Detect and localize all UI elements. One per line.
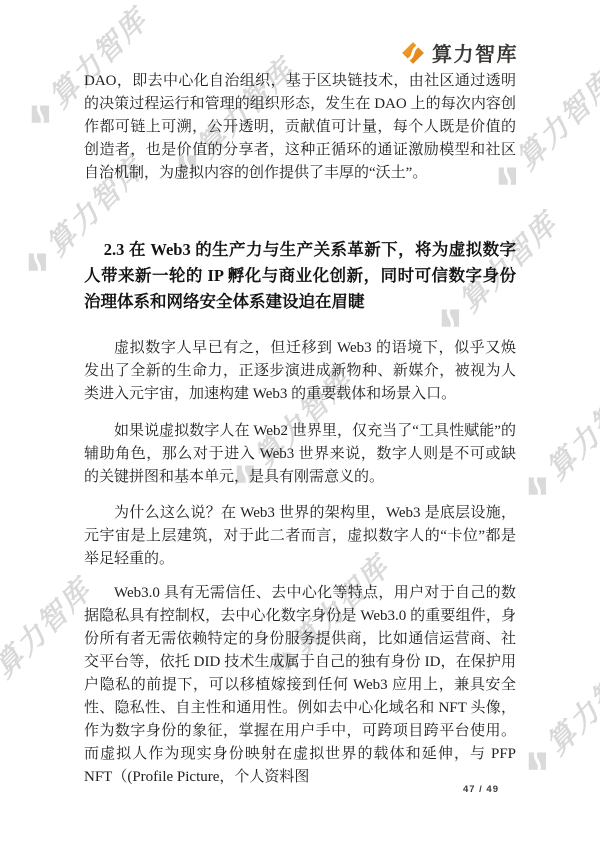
paragraph-web2-vs-web3: 如果说虚拟数字人在 Web2 世界里，仅充当了“工具性赋能”的辅助角色，那么对于…: [84, 420, 516, 489]
brand-diamond-icon: [401, 41, 425, 65]
brand-diamond-icon: [21, 95, 59, 133]
paragraph-why: 为什么这么说？在 Web3 世界的架构里，Web3 是底层设施，元宇宙是上层建筑…: [84, 502, 516, 571]
paragraph-digital-human: 虚拟数字人早已有之，但迁移到 Web3 的语境下，似乎又焕发出了全新的生命力，正…: [84, 337, 516, 406]
brand-diamond-icon: [518, 467, 556, 505]
watermark: 算力智库: [513, 371, 600, 510]
section-heading: 2.3 在 Web3 的生产力与生产关系革新下，将为虚拟数字人带来新一轮的 IP…: [84, 237, 516, 315]
brand-diamond-icon: [518, 742, 556, 780]
paragraph-dao: DAO，即去中心化自治组织，基于区块链技术，由社区通过透明的决策过程运行和管理的…: [84, 70, 516, 185]
brand-diamond-icon: [18, 243, 56, 281]
paragraph-web30-identity: Web3.0 具有无需信任、去中心化等特点，用户对于自己的数据隐私具有控制权，去…: [84, 582, 516, 789]
document-content: DAO，即去中心化自治组织，基于区块链技术，由社区通过透明的决策过程运行和管理的…: [84, 70, 516, 789]
watermark-text: 算力智库: [506, 61, 600, 178]
brand-name: 算力智库: [432, 38, 518, 67]
brand-diamond-icon: [0, 665, 3, 703]
brand-logo: 算力智库: [0, 38, 518, 67]
watermark-text: 算力智库: [536, 371, 600, 488]
document-page: 算力智库 算力智库 算力智库 算力智库 算力智库 算力智库 算力智库 算力智库: [0, 0, 600, 848]
watermark: 算力智库: [513, 646, 600, 785]
watermark-text: 算力智库: [536, 646, 600, 763]
page-number: 47 / 49: [463, 784, 499, 795]
